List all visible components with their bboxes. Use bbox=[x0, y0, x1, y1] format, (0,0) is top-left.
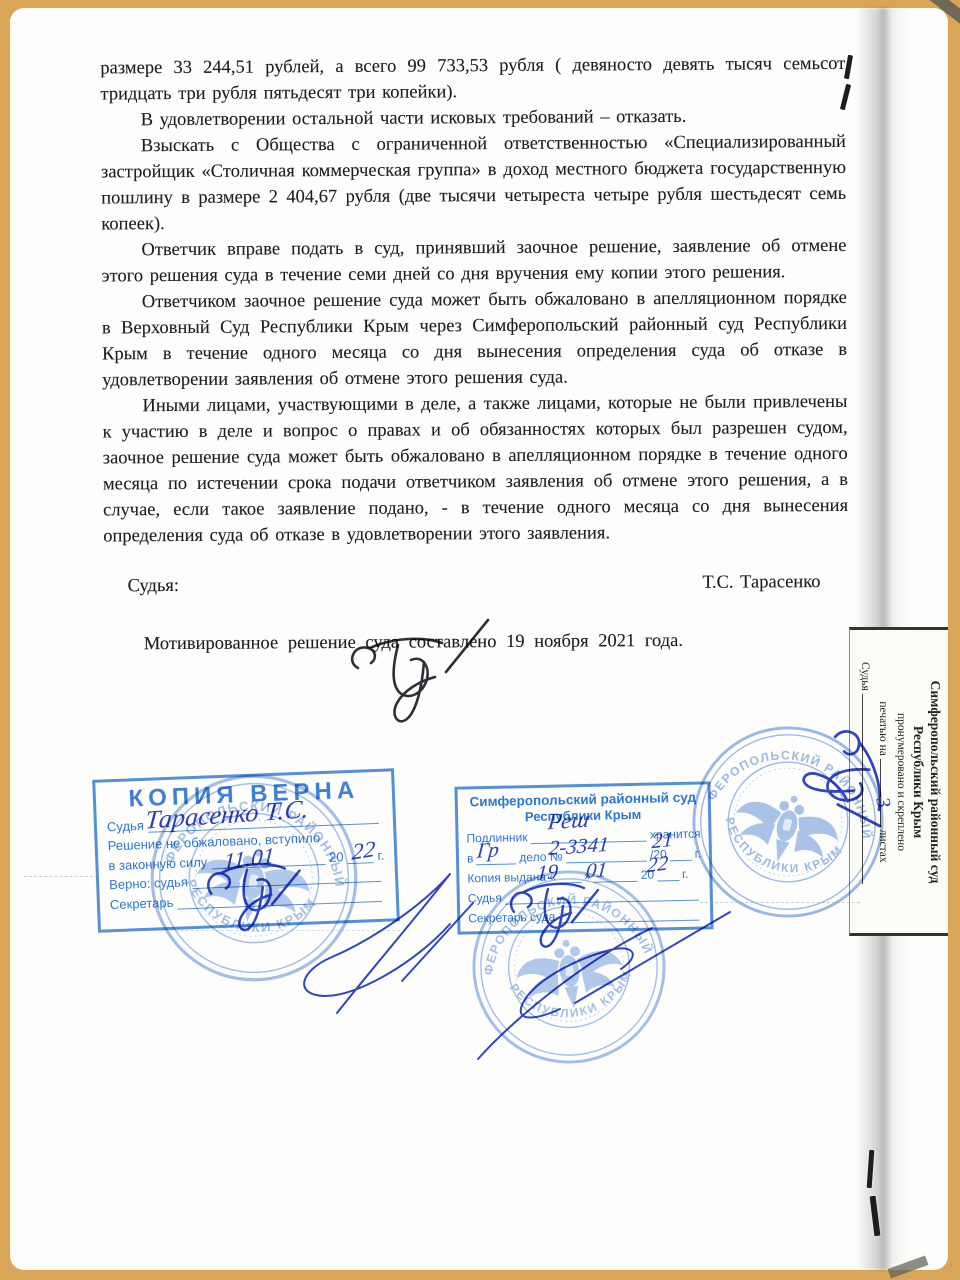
judge-label: Судья: bbox=[127, 573, 179, 599]
scan-dash-artifact-left bbox=[24, 876, 98, 877]
copy-stamp-force-label: в законную силу bbox=[108, 854, 207, 873]
orig-stamp-judge-blank bbox=[505, 888, 699, 905]
orig-stamp-judge-line: Судья bbox=[468, 887, 702, 906]
scan-dash-artifact-right bbox=[700, 902, 860, 903]
orig-stamp-case-year-blank bbox=[670, 848, 692, 861]
paragraph-other-persons: Иными лицами, участвующими в деле, а так… bbox=[102, 389, 848, 550]
handwritten-case-year: 21 bbox=[651, 827, 674, 854]
handwritten-issued-day: 19 bbox=[536, 859, 559, 886]
scan-dash-artifact-under-stamp bbox=[100, 930, 400, 931]
copy-stamp-year-prefix: 20 bbox=[329, 849, 344, 865]
paragraph-appeal: Ответчиком заочное решение суда может бы… bbox=[102, 285, 848, 394]
judge-name: Т.С. Тарасенко bbox=[702, 569, 820, 596]
orig-stamp-secretary-line: Секретарь суда bbox=[468, 907, 702, 926]
handwritten-doc-type: Реш bbox=[547, 807, 590, 836]
paragraph-amount: размере 33 244,51 рублей, а всего 99 733… bbox=[100, 51, 845, 108]
judge-signature-row: Судья: Т.С. Тарасенко bbox=[103, 569, 848, 600]
orig-stamp-secretary-blank bbox=[558, 908, 699, 924]
paragraph-duty: Взыскать с Общества с ограниченной ответ… bbox=[101, 129, 847, 238]
orig-stamp-secretary-label: Секретарь суда bbox=[468, 910, 555, 926]
handwritten-issued-year: 22 bbox=[646, 851, 669, 879]
strip-republic: Республики Крым bbox=[910, 632, 927, 932]
spacer bbox=[179, 570, 702, 573]
orig-stamp-day-blank bbox=[559, 870, 581, 883]
handwritten-issued-month: 01 bbox=[585, 857, 608, 883]
copy-stamp-judge-label: Судья bbox=[107, 817, 144, 833]
copy-stamp-verno-blank bbox=[192, 869, 382, 889]
decision-text-block: размере 33 244,51 рублей, а всего 99 733… bbox=[10, 2, 952, 658]
orig-stamp-case-suffix: г. bbox=[695, 847, 702, 861]
strip-judge-label: Судья bbox=[859, 662, 871, 691]
paragraph-defendant-right: Ответчик вправе подать в суд, принявший … bbox=[101, 233, 846, 290]
copy-stamp-secretary-blank bbox=[177, 888, 382, 909]
strip-court-name: Симферопольский районный суд bbox=[927, 632, 944, 932]
handwritten-case-type: Гр bbox=[476, 837, 500, 863]
orig-stamp-issued-suffix: г. bbox=[682, 867, 689, 881]
handwritten-case-number: 2-3341 bbox=[548, 832, 610, 861]
handwritten-force-year: 22 bbox=[351, 836, 376, 865]
motivated-decision-line: Мотивированное решение суда составлено 1… bbox=[104, 627, 849, 658]
copy-stamp-year-suffix: г. bbox=[377, 847, 384, 862]
copy-stamp-verno-label: Верно: судья bbox=[109, 874, 188, 892]
orig-stamp-in-label: в bbox=[467, 851, 474, 865]
orig-stamp-judge-label: Судья bbox=[468, 891, 502, 906]
copy-stamp-secretary-label: Секретарь bbox=[110, 894, 174, 911]
